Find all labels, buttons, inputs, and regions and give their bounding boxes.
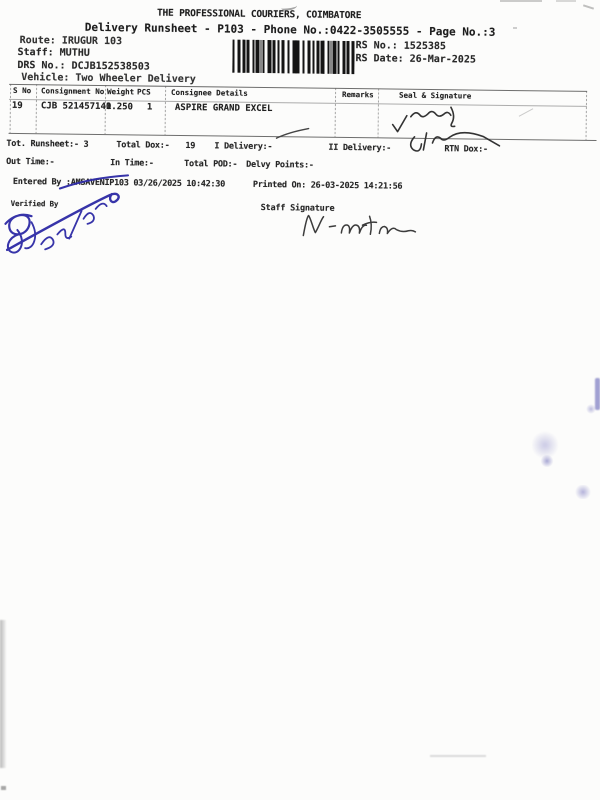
total-dox-value: 19	[185, 142, 195, 151]
table-col-line	[335, 88, 337, 137]
scan-speck	[513, 27, 517, 29]
blue-ink-blot	[586, 404, 596, 414]
scan-corner-speck	[1, 786, 6, 790]
stray-pen-stroke	[274, 125, 310, 141]
table-col-line	[165, 86, 167, 135]
cell-consignee: ASPIRE GRAND EXCEL	[175, 104, 273, 115]
cell-pcs: 1	[147, 104, 153, 114]
scan-top-dash	[556, 0, 576, 2]
printed-on-line: Printed On: 26-03-2025 14:21:56	[253, 181, 402, 192]
out-time: Out Time:-	[6, 158, 54, 168]
verified-signature-handwriting	[0, 172, 148, 269]
runsheet-subtitle: Delivery Runsheet - P103 - Phone No.:042…	[85, 22, 496, 39]
cell-consignment-no: CJB 521457141	[41, 102, 112, 113]
route-line: Route: IRUGUR 103	[20, 35, 122, 47]
table-col-line	[378, 88, 380, 137]
staff-line: Staff: MUTHU	[17, 47, 89, 59]
blue-ink-blot	[574, 485, 592, 499]
company-title: THE PROFESSIONAL COURIERS, COIMBATORE	[157, 9, 361, 22]
i-delivery: I Delivery:-	[214, 142, 272, 152]
vehicle-line: Vehicle: Two Wheeler Delivery	[21, 72, 196, 85]
col-header-remarks: Remarks	[342, 91, 374, 100]
document-content: THE PROFESSIONAL COURIERS, COIMBATORE De…	[0, 0, 600, 800]
col-header-sno: S No	[13, 87, 31, 95]
table-col-line	[36, 84, 38, 133]
scanned-delivery-runsheet: THE PROFESSIONAL COURIERS, COIMBATORE De…	[0, 0, 600, 800]
drs-barcode	[232, 40, 354, 74]
col-header-seal-signature: Seal & Signature	[399, 92, 471, 101]
blue-ink-blot	[540, 455, 554, 467]
drs-no-line: DRS No.: DCJB152538503	[17, 60, 150, 73]
col-header-consignment: Consignment No	[41, 87, 104, 96]
scan-edge-strip	[0, 620, 6, 768]
col-header-pcs: PCS	[137, 88, 151, 96]
delvy-points: Delvy Points:-	[246, 161, 314, 171]
cell-sno: 19	[12, 102, 23, 112]
tot-runsheet: Tot. Runsheet:- 3	[6, 140, 88, 150]
total-dox-label: Total Dox:-	[116, 141, 169, 151]
rtn-dox: RTN Dox:-	[444, 145, 487, 155]
total-pod: Total POD:-	[184, 160, 237, 170]
col-header-consignee: Consignee Details	[171, 89, 248, 98]
col-header-weight: Weight	[107, 88, 134, 97]
in-time: In Time:-	[110, 159, 153, 169]
rs-no-line: RS No.: 1525385	[356, 40, 446, 52]
cell-weight: 0.250	[106, 103, 133, 113]
scan-top-dash	[500, 0, 542, 2]
rs-date-line: RS Date: 26-Mar-2025	[355, 53, 476, 65]
scan-smudge	[430, 755, 486, 757]
staff-signature-handwriting	[297, 209, 417, 242]
ii-delivery: II Delivery:-	[328, 144, 391, 154]
table-col-line	[586, 91, 588, 140]
